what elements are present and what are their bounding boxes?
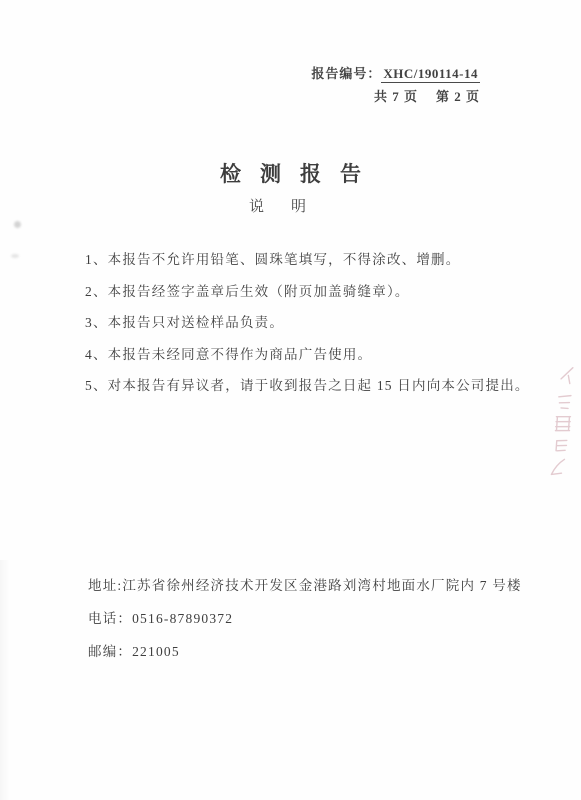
postcode-value: 221005 (132, 644, 180, 659)
note-item-4: 4、本报告未经同意不得作为商品广告使用。 (85, 346, 531, 363)
note-item-2: 2、本报告经签字盖章后生效（附页加盖骑缝章）。 (85, 283, 531, 300)
footer-contact: 地址:江苏省徐州经济技术开发区金港路刘湾村地面水厂院内 7 号楼 电话：0516… (88, 577, 551, 676)
page-count-line: 共 7 页第 2 页 (311, 86, 480, 107)
report-page: 报告编号：XHC/190114-14 共 7 页第 2 页 检测报告 说明 1、… (0, 0, 581, 800)
report-number-line: 报告编号：XHC/190114-14 (311, 63, 480, 84)
phone-label: 电话： (88, 611, 132, 626)
postcode-line: 邮编：221005 (88, 643, 551, 661)
note-item-1: 1、本报告不允许用铅笔、圆珠笔填写，不得涂改、增删。 (85, 251, 531, 268)
scan-edge-shadow (0, 560, 10, 800)
page-title: 检测报告 (0, 158, 581, 188)
phone-line: 电话：0516-87890372 (88, 610, 551, 628)
red-seam-stamp-icon (541, 362, 581, 484)
report-header: 报告编号：XHC/190114-14 共 7 页第 2 页 (311, 63, 480, 107)
page-subtitle: 说明 (0, 195, 568, 216)
address-line: 地址:江苏省徐州经济技术开发区金港路刘湾村地面水厂院内 7 号楼 (88, 577, 551, 595)
page-current: 第 2 页 (436, 89, 480, 104)
note-item-3: 3、本报告只对送检样品负责。 (85, 314, 531, 331)
phone-value: 0516-87890372 (132, 611, 233, 626)
pages-total: 共 7 页 (374, 89, 418, 104)
note-item-5: 5、对本报告有异议者，请于收到报告之日起 15 日内向本公司提出。 (85, 377, 531, 394)
postcode-label: 邮编： (88, 644, 132, 659)
notes-list: 1、本报告不允许用铅笔、圆珠笔填写，不得涂改、增删。 2、本报告经签字盖章后生效… (85, 251, 531, 409)
report-number-value: XHC/190114-14 (381, 66, 480, 83)
report-number-label: 报告编号： (311, 66, 381, 81)
scan-speck (11, 254, 19, 258)
scan-speck (14, 221, 21, 228)
